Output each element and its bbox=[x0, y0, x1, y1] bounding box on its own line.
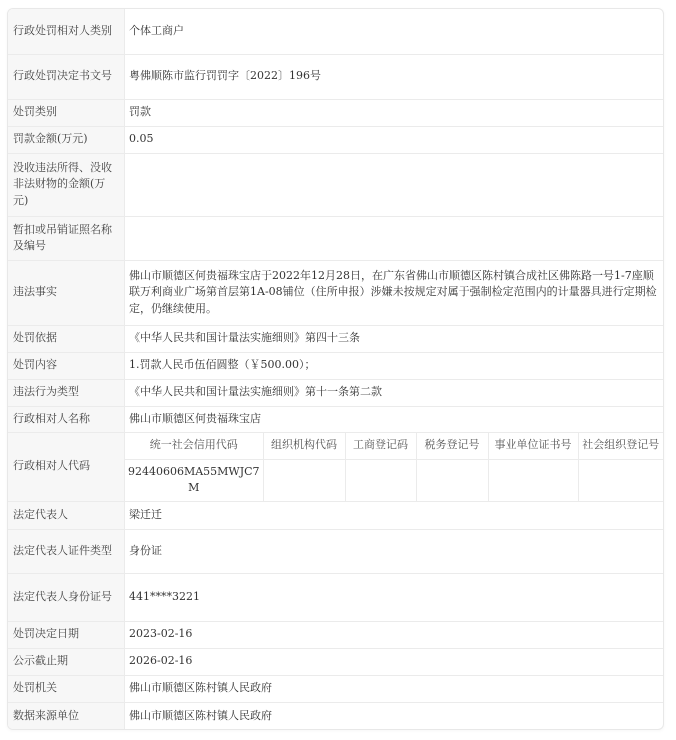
row-label: 公示截止期 bbox=[8, 648, 125, 675]
row-label: 行政处罚决定书文号 bbox=[8, 54, 125, 99]
row-label: 处罚依据 bbox=[8, 325, 125, 352]
table-row-fine-amount: 罚款金额(万元) 0.05 bbox=[8, 126, 663, 153]
row-label: 违法事实 bbox=[8, 260, 125, 325]
row-value: 梁迁迁 bbox=[125, 501, 664, 529]
row-label: 处罚机关 bbox=[8, 675, 125, 702]
row-value: 佛山市顺德区何贵福珠宝店 bbox=[125, 406, 664, 432]
table-row-decision-number: 行政处罚决定书文号 粤佛顺陈市监行罚罚字〔2022〕196号 bbox=[8, 54, 663, 99]
codes-value-row: 92440606MA55MWJC7M bbox=[125, 459, 663, 501]
table-row-license-revocation: 暂扣或吊销证照名称及编号 bbox=[8, 216, 663, 260]
row-label: 违法行为类型 bbox=[8, 379, 125, 406]
penalty-record-card: 行政处罚相对人类别 个体工商户 行政处罚决定书文号 粤佛顺陈市监行罚罚字〔202… bbox=[7, 8, 664, 730]
table-row-penalty-category: 处罚类别 罚款 bbox=[8, 99, 663, 126]
row-label: 没收违法所得、没收非法财物的金额(万元) bbox=[8, 153, 125, 216]
row-value bbox=[125, 153, 664, 216]
row-label: 行政相对人代码 bbox=[8, 432, 125, 501]
tax-reg-value bbox=[416, 459, 488, 501]
table-row-decision-date: 处罚决定日期 2023-02-16 bbox=[8, 621, 663, 648]
table-row-publicity-deadline: 公示截止期 2026-02-16 bbox=[8, 648, 663, 675]
row-value: 0.05 bbox=[125, 126, 664, 153]
table-row-violation-type: 违法行为类型 《中华人民共和国计量法实施细则》第十一条第二款 bbox=[8, 379, 663, 406]
codes-table: 统一社会信用代码 组织机构代码 工商登记码 税务登记号 事业单位证书号 社会组织… bbox=[125, 433, 663, 501]
codes-header: 社会组织登记号 bbox=[578, 433, 663, 460]
row-value: 《中华人民共和国计量法实施细则》第四十三条 bbox=[125, 325, 664, 352]
row-value: 佛山市顺德区陈村镇人民政府 bbox=[125, 675, 664, 702]
table-row-violation-facts: 违法事实 佛山市顺德区何贵福珠宝店于2022年12月28日，在广东省佛山市顺德区… bbox=[8, 260, 663, 325]
row-label: 处罚决定日期 bbox=[8, 621, 125, 648]
codes-header-row: 统一社会信用代码 组织机构代码 工商登记码 税务登记号 事业单位证书号 社会组织… bbox=[125, 433, 663, 460]
table-row-subject-type: 行政处罚相对人类别 个体工商户 bbox=[8, 9, 663, 54]
table-row-penalty-basis: 处罚依据 《中华人民共和国计量法实施细则》第四十三条 bbox=[8, 325, 663, 352]
row-label: 法定代表人证件类型 bbox=[8, 529, 125, 573]
codes-cell: 统一社会信用代码 组织机构代码 工商登记码 税务登记号 事业单位证书号 社会组织… bbox=[125, 432, 664, 501]
row-value: 佛山市顺德区陈村镇人民政府 bbox=[125, 702, 664, 729]
table-row-subject-codes: 行政相对人代码 统一社会信用代码 组织机构代码 工商登记码 税务登记号 事业单位… bbox=[8, 432, 663, 501]
row-value: 佛山市顺德区何贵福珠宝店于2022年12月28日，在广东省佛山市顺德区陈村镇合成… bbox=[125, 260, 664, 325]
row-label: 行政处罚相对人类别 bbox=[8, 9, 125, 54]
table-row-penalty-authority: 处罚机关 佛山市顺德区陈村镇人民政府 bbox=[8, 675, 663, 702]
table-row-legal-rep-id-number: 法定代表人身份证号 441****3221 bbox=[8, 573, 663, 621]
row-value: 2026-02-16 bbox=[125, 648, 664, 675]
row-value: 个体工商户 bbox=[125, 9, 664, 54]
codes-header: 事业单位证书号 bbox=[488, 433, 578, 460]
row-label: 处罚类别 bbox=[8, 99, 125, 126]
row-value: 1.罚款人民币伍佰圆整（￥500.00）； bbox=[125, 352, 664, 379]
codes-header: 统一社会信用代码 bbox=[125, 433, 263, 460]
codes-header: 工商登记码 bbox=[345, 433, 416, 460]
row-value: 2023-02-16 bbox=[125, 621, 664, 648]
business-reg-value bbox=[345, 459, 416, 501]
credit-code-value: 92440606MA55MWJC7M bbox=[125, 459, 263, 501]
row-label: 法定代表人 bbox=[8, 501, 125, 529]
institution-cert-value bbox=[488, 459, 578, 501]
org-code-value bbox=[263, 459, 345, 501]
table-row-legal-rep: 法定代表人 梁迁迁 bbox=[8, 501, 663, 529]
row-value: 罚款 bbox=[125, 99, 664, 126]
codes-header: 税务登记号 bbox=[416, 433, 488, 460]
row-label: 罚款金额(万元) bbox=[8, 126, 125, 153]
row-value: 粤佛顺陈市监行罚罚字〔2022〕196号 bbox=[125, 54, 664, 99]
penalty-record-table: 行政处罚相对人类别 个体工商户 行政处罚决定书文号 粤佛顺陈市监行罚罚字〔202… bbox=[8, 9, 663, 729]
codes-header: 组织机构代码 bbox=[263, 433, 345, 460]
row-value: 《中华人民共和国计量法实施细则》第十一条第二款 bbox=[125, 379, 664, 406]
row-label: 法定代表人身份证号 bbox=[8, 573, 125, 621]
row-value: 身份证 bbox=[125, 529, 664, 573]
row-label: 处罚内容 bbox=[8, 352, 125, 379]
table-row-penalty-content: 处罚内容 1.罚款人民币伍佰圆整（￥500.00）； bbox=[8, 352, 663, 379]
table-row-subject-name: 行政相对人名称 佛山市顺德区何贵福珠宝店 bbox=[8, 406, 663, 432]
table-row-confiscation-amount: 没收违法所得、没收非法财物的金额(万元) bbox=[8, 153, 663, 216]
row-label: 行政相对人名称 bbox=[8, 406, 125, 432]
row-value bbox=[125, 216, 664, 260]
row-label: 数据来源单位 bbox=[8, 702, 125, 729]
social-org-reg-value bbox=[578, 459, 663, 501]
row-value: 441****3221 bbox=[125, 573, 664, 621]
table-row-data-source: 数据来源单位 佛山市顺德区陈村镇人民政府 bbox=[8, 702, 663, 729]
row-label: 暂扣或吊销证照名称及编号 bbox=[8, 216, 125, 260]
table-row-legal-rep-id-type: 法定代表人证件类型 身份证 bbox=[8, 529, 663, 573]
